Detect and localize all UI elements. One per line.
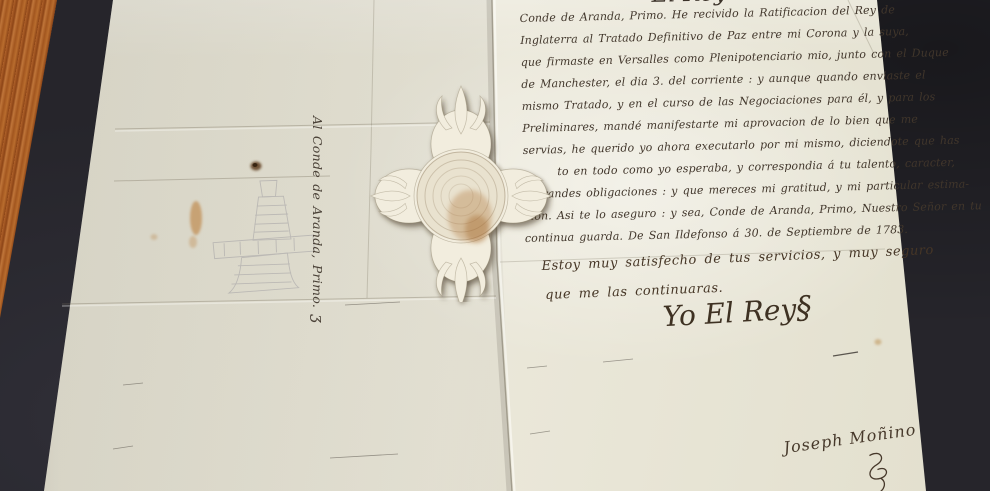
body-line: continua guarda. De San Ildefonso á 30. … xyxy=(525,222,897,246)
address-note: Al Conde de Aranda, Primo. ʒ xyxy=(309,116,327,308)
royal-signature-text: Yo El Rey xyxy=(662,293,797,334)
body-line: Conde de Aranda, Primo. He recivido la R… xyxy=(520,2,892,26)
body-line: servias, he querido yo ahora executarlo … xyxy=(523,134,895,158)
address-rubric-flourish: ʒ xyxy=(309,314,327,323)
address-note-text: Al Conde de Aranda, Primo. xyxy=(310,116,325,308)
body-line: to en todo como yo esperaba, y correspon… xyxy=(557,156,895,179)
photo-of-royal-letter: Al Conde de Aranda, Primo. ʒ El Rey Cond… xyxy=(0,0,990,491)
body-line: Inglaterra al Tratado Definitivo de Paz … xyxy=(520,24,892,48)
body-line: que firmaste en Versalles como Plenipote… xyxy=(521,46,893,70)
royal-paraph-flourish: § xyxy=(795,290,813,327)
papered-wax-seal xyxy=(368,80,554,302)
royal-signature: Yo El Rey§ xyxy=(662,290,813,335)
body-line: cion. Asi te lo aseguro : y sea, Conde d… xyxy=(524,200,896,224)
body-line: Preliminares, mandé manifestarte mi apro… xyxy=(522,112,894,136)
body-line: y grandes obligaciones : y que mereces m… xyxy=(524,178,896,202)
body-line: de Manchester, el dia 3. del corriente :… xyxy=(521,68,893,92)
countersignature-flourish xyxy=(855,449,908,491)
body-line: mismo Tratado, y en el curso de las Nego… xyxy=(522,90,894,114)
royal-autograph-line: Estoy muy satisfecho de tus servicios, y… xyxy=(541,243,934,274)
